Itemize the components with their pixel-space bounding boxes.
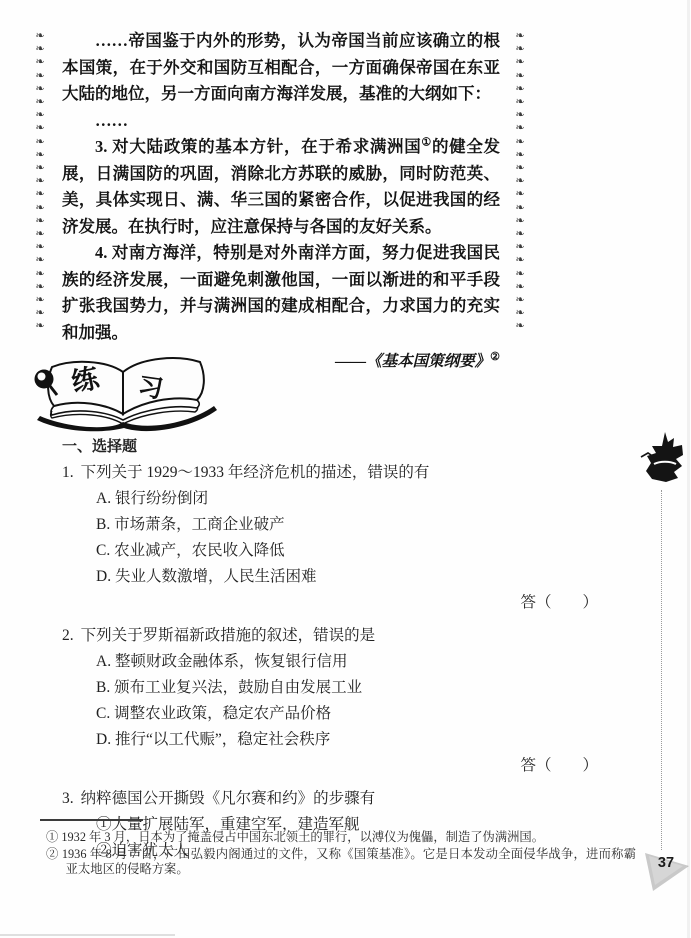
quote-paragraph-1: ……帝国鉴于内外的形势，认为帝国当前应该确立的根本国策，在于外交和国防互相配合，… [62, 28, 500, 108]
question-2-option-d: D. 推行“以工代赈”，稳定社会秩序 [62, 727, 622, 753]
footnotes: ① 1932 年 3 月，日本为了掩盖侵占中国东北领土的罪行，以溥仪为傀儡，制造… [46, 830, 636, 878]
quote-paragraph-3: 3. 对大陆政策的基本方针，在于希求满洲国①的健全发展，日满国防的巩固，消除北方… [62, 134, 500, 240]
question-2-option-a: A. 整顿财政金融体系，恢复银行信用 [62, 649, 622, 675]
exercise-book-icon: 练 习 [26, 352, 226, 438]
ornament-border-right-icon: ❧ ❧ ❧ ❧ ❧ ❧ ❧ ❧ ❧ ❧ ❧ ❧ ❧ ❧ ❧ ❧ ❧ ❧ ❧ ❧ … [512, 30, 528, 334]
question-2-option-b: B. 颁布工业复兴法，鼓励自由发展工业 [62, 675, 622, 701]
quote-source-title: ——《基本国策纲要》 [335, 353, 490, 370]
footnote-1: ① 1932 年 3 月，日本为了掩盖侵占中国东北领土的罪行，以溥仪为傀儡，制造… [46, 830, 636, 845]
question-1-option-b: B. 市场萧条，工商企业破产 [62, 512, 622, 538]
section-title: 一、选择题 [62, 436, 622, 458]
margin-dotted-line [661, 490, 662, 850]
ornament-border-left-icon: ❧ ❧ ❧ ❧ ❧ ❧ ❧ ❧ ❧ ❧ ❧ ❧ ❧ ❧ ❧ ❧ ❧ ❧ ❧ ❧ … [32, 30, 48, 334]
question-1-option-a: A. 银行纷纷倒闭 [62, 486, 622, 512]
question-2: 2. 下列关于罗斯福新政措施的叙述，错误的是 A. 整顿财政金融体系，恢复银行信… [62, 623, 622, 779]
footnote-separator [40, 819, 143, 821]
question-2-answer-blank: 答（ ） [62, 753, 622, 779]
quote-text: ……帝国鉴于内外的形势，认为帝国当前应该确立的根本国策，在于外交和国防互相配合，… [62, 28, 500, 346]
footnote-2: ② 1936 年 8 月 7 日，广田弘毅内阁通过的文件，又称《国策基准》。它是… [46, 847, 636, 877]
quote-paragraph-3-text: 3. 对大陆政策的基本方针，在于希求满洲国 [95, 137, 421, 156]
quote-paragraph-4: 4. 对南方海洋，特别是对外南洋方面，努力促进我国民族的经济发展，一面避免刺激他… [62, 240, 500, 346]
footnote-ref-2: ② [490, 351, 500, 363]
question-3-number: 3. [62, 786, 74, 812]
question-1-option-c: C. 农业减产，农民收入降低 [62, 538, 622, 564]
question-1-answer-blank: 答（ ） [62, 590, 622, 616]
textbook-page: ❧ ❧ ❧ ❧ ❧ ❧ ❧ ❧ ❧ ❧ ❧ ❧ ❧ ❧ ❧ ❧ ❧ ❧ ❧ ❧ … [0, 0, 691, 938]
page-number: 37 [652, 855, 680, 871]
source-quote-block: ❧ ❧ ❧ ❧ ❧ ❧ ❧ ❧ ❧ ❧ ❧ ❧ ❧ ❧ ❧ ❧ ❧ ❧ ❧ ❧ … [30, 28, 528, 371]
tree-decor-icon [638, 430, 690, 492]
footnote-ref-1: ① [421, 137, 432, 149]
question-1-number: 1. [62, 460, 74, 486]
scan-edge-bottom [0, 934, 175, 936]
question-1-option-d: D. 失业人数激增，人民生活困难 [62, 564, 622, 590]
question-2-number: 2. [62, 623, 74, 649]
scan-edge-right [687, 0, 690, 938]
exercise-icon-char-xi: 习 [136, 373, 165, 403]
quote-ellipsis: …… [62, 108, 500, 135]
question-1: 1. 下列关于 1929～1933 年经济危机的描述，错误的有 A. 银行纷纷倒… [62, 460, 622, 616]
exercise-section: 一、选择题 1. 下列关于 1929～1933 年经济危机的描述，错误的有 A.… [62, 436, 622, 864]
question-2-text: 下列关于罗斯福新政措施的叙述，错误的是 [81, 623, 376, 649]
question-1-text: 下列关于 1929～1933 年经济危机的描述，错误的有 [81, 460, 430, 486]
question-2-option-c: C. 调整农业政策，稳定农产品价格 [62, 701, 622, 727]
question-3-text: 纳粹德国公开撕毁《凡尔赛和约》的步骤有 [81, 786, 376, 812]
